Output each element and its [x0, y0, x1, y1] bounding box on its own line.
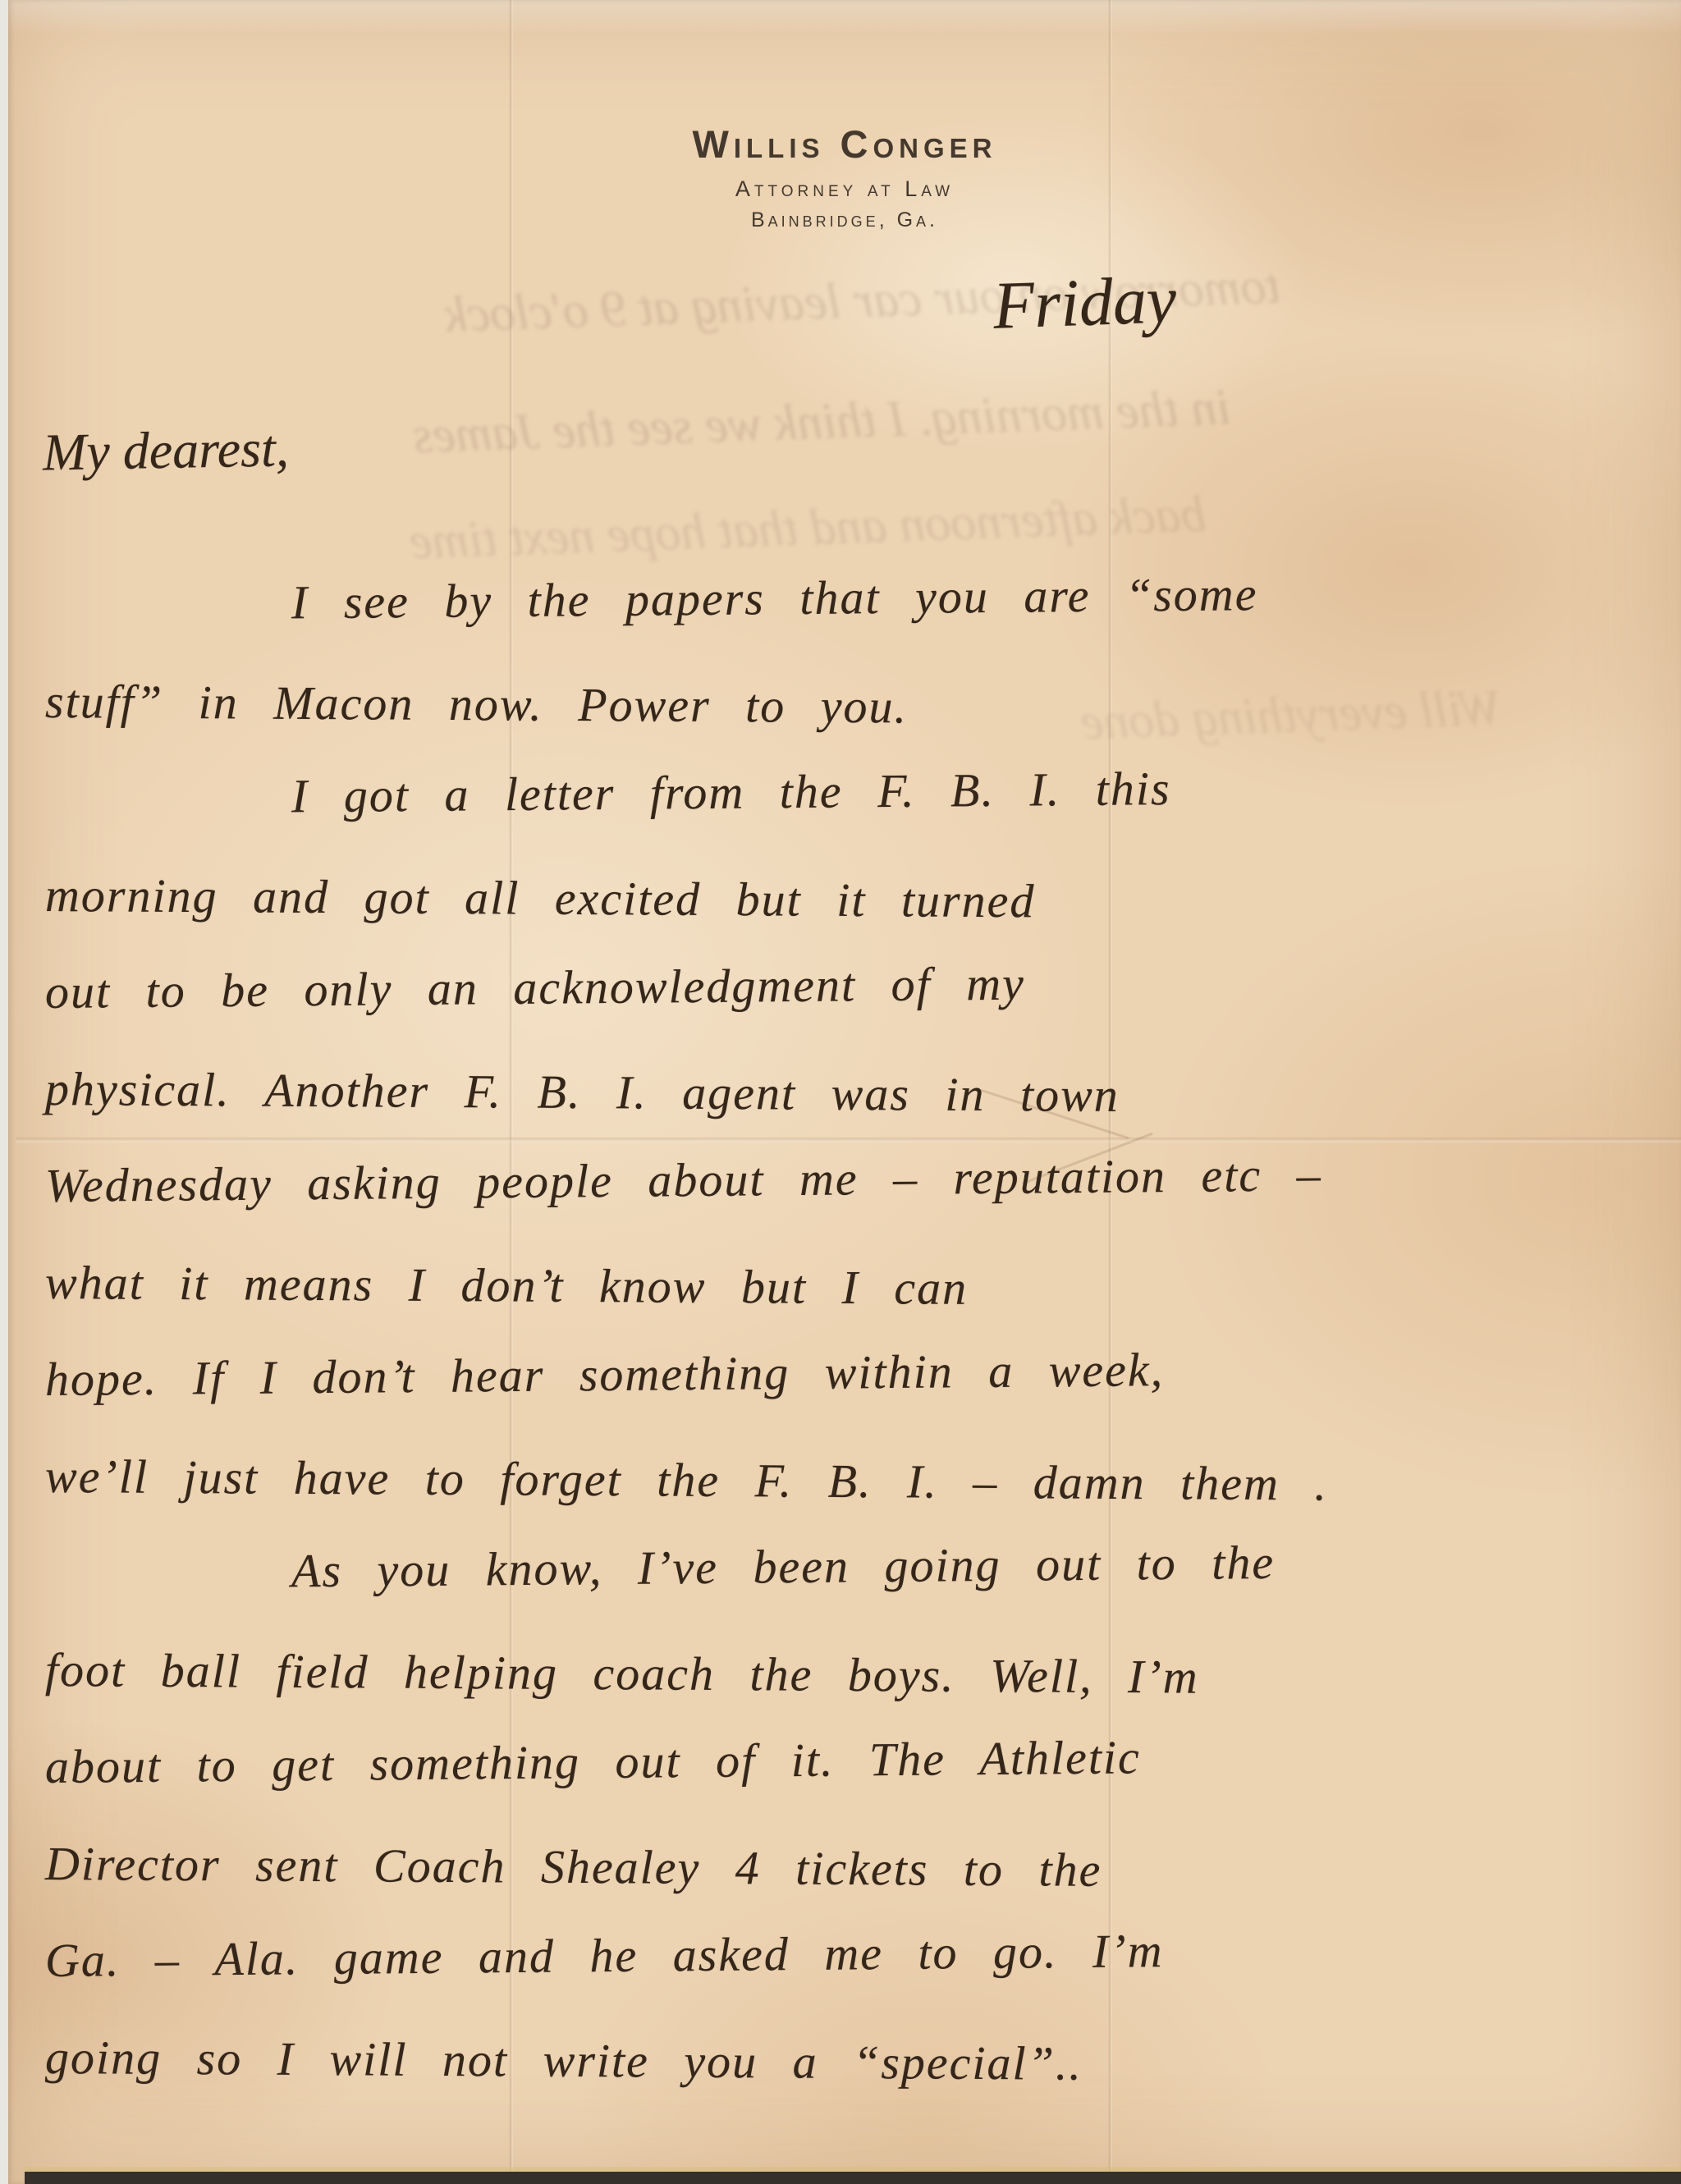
letterhead-title: Attorney at Law: [8, 176, 1681, 202]
letterhead-city: Bainbridge, Ga.: [8, 208, 1681, 232]
letter-line: Ga. – Ala. game and he asked me to go. I…: [44, 1898, 1660, 2009]
letterhead: Willis Conger Attorney at Law Bainbridge…: [8, 121, 1681, 232]
salutation: My dearest,: [42, 418, 289, 483]
letter-line: going so I will not write you a “special…: [45, 2009, 1661, 2116]
letter-line: As you know, I’ve been going out to the: [44, 1511, 1660, 1622]
letter-line: about to get something out of it. The At…: [44, 1705, 1660, 1815]
letter-line: out to be only an acknowledgment of my: [44, 930, 1660, 1041]
scanned-letter-page: tomorrow on our car leaving at 9 o'clock…: [0, 0, 1681, 2184]
scan-bottom-edge-shadow: [25, 2172, 1681, 2184]
letter-line: I see by the papers that you are “some: [44, 543, 1660, 653]
date-line: Friday: [992, 261, 1177, 345]
letter-paper: tomorrow on our car leaving at 9 o'clock…: [8, 0, 1681, 2184]
letter-line: Wednesday asking people about me – reput…: [44, 1124, 1660, 1234]
letter-line: hope. If I don’t hear something within a…: [44, 1317, 1660, 1428]
letter-line: I got a letter from the F. B. I. this: [44, 736, 1660, 847]
letter-body: I see by the papers that you are “somest…: [45, 556, 1660, 2106]
letterhead-name: Willis Conger: [8, 121, 1681, 167]
